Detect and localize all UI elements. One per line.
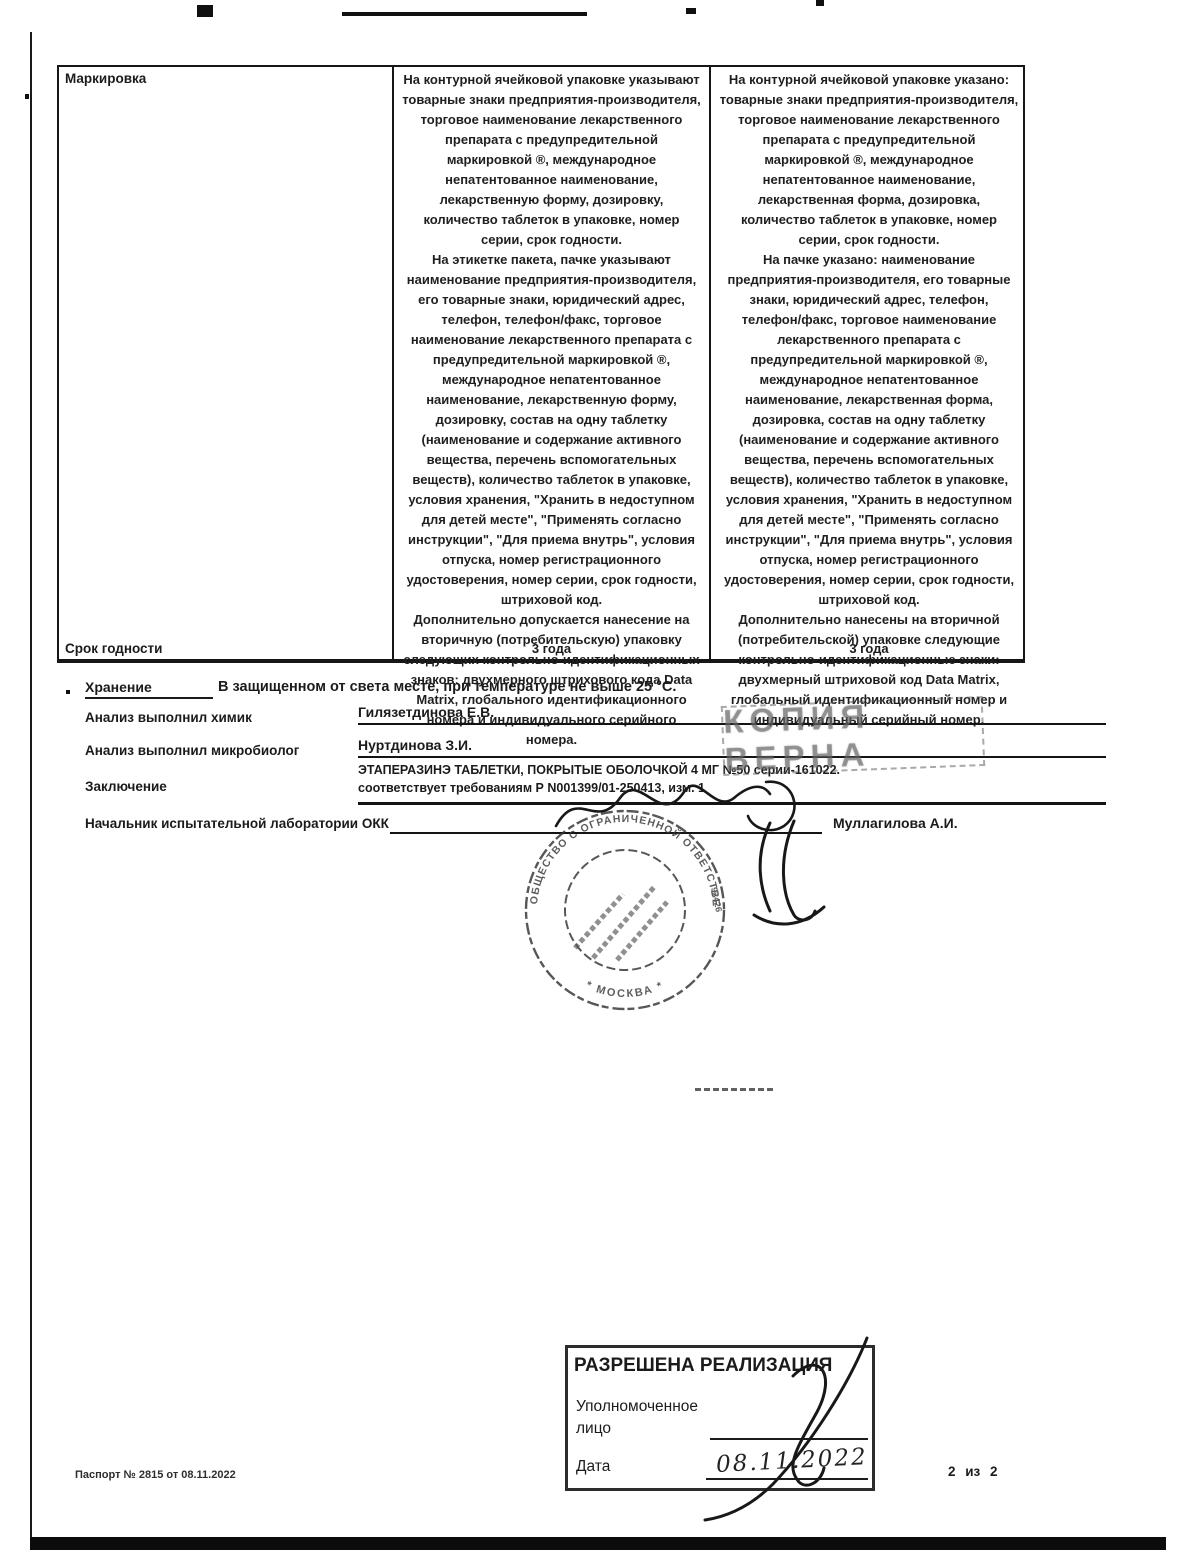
microbiologist-label: Анализ выполнил микробиолог — [85, 743, 299, 758]
actual-paragraph: На контурной ячейковой упаковке указано:… — [719, 70, 1019, 250]
svg-text:* МОСКВА *: * МОСКВА * — [584, 979, 666, 1000]
lab-head-label: Начальник испытательной лаборатории ОКК — [85, 816, 389, 831]
actual-paragraph: На пачке указано: наименование предприят… — [719, 250, 1019, 610]
scan-artifact — [66, 690, 70, 694]
release-signature — [635, 1332, 890, 1522]
round-stamp-city-text: * МОСКВА * — [584, 979, 666, 1000]
page-indicator: 2 из 2 — [948, 1464, 998, 1479]
shelf-life-value: 3 года — [711, 641, 1027, 656]
scan-dash-artifact — [695, 1088, 773, 1091]
scan-artifact — [816, 0, 824, 6]
shelf-life-value: 3 года — [394, 641, 709, 656]
marking-table: Маркировка Срок годности На контурной яч… — [57, 65, 1025, 663]
table-label-column: Маркировка Срок годности — [59, 67, 392, 659]
requirements-paragraph: На контурной ячейковой упаковке указываю… — [402, 70, 701, 250]
shelf-life-label: Срок годности — [65, 641, 162, 656]
copy-stamp-text: КОПИЯ ВЕРНА — [723, 693, 984, 779]
storage-value: В защищенном от света месте, при темпера… — [218, 679, 676, 695]
chemist-label: Анализ выполнил химик — [85, 710, 252, 725]
scan-bottom-bar — [30, 1537, 1166, 1550]
scan-artifact — [25, 94, 29, 99]
scan-artifact — [686, 8, 696, 14]
scan-artifact — [342, 12, 587, 16]
table-requirements-column: На контурной ячейковой упаковке указываю… — [392, 67, 709, 659]
storage-label: Хранение — [85, 679, 213, 699]
marking-label: Маркировка — [65, 71, 146, 86]
requirements-paragraph: На этикетке пакета, пачке указывают наим… — [402, 250, 701, 610]
lab-head-name: Муллагилова А.И. — [833, 815, 958, 831]
secondary-signature — [736, 815, 831, 935]
scan-artifact — [197, 5, 213, 17]
date-label: Дата — [576, 1458, 610, 1476]
scanned-document-page: Маркировка Срок годности На контурной яч… — [0, 0, 1200, 1552]
table-actual-column: На контурной ячейковой упаковке указано:… — [709, 67, 1027, 659]
page-edge-line — [30, 32, 32, 1538]
round-stamp-ring-text: ОБЩЕСТВО С ОГРАНИЧЕННОЙ ОТВЕТСТВЕННОСТЬЮ — [499, 781, 722, 907]
copy-stamp: КОПИЯ ВЕРНА — [721, 696, 985, 776]
svg-text:ОБЩЕСТВО С ОГРАНИЧЕННОЙ ОТВЕТС: ОБЩЕСТВО С ОГРАНИЧЕННОЙ ОТВЕТСТВЕННОСТЬЮ — [499, 781, 722, 907]
round-stamp: ОБЩЕСТВО С ОГРАНИЧЕННОЙ ОТВЕТСТВЕННОСТЬЮ… — [505, 790, 745, 1030]
passport-number: Паспорт № 2815 от 08.11.2022 — [75, 1469, 236, 1481]
conclusion-label: Заключение — [85, 779, 167, 794]
